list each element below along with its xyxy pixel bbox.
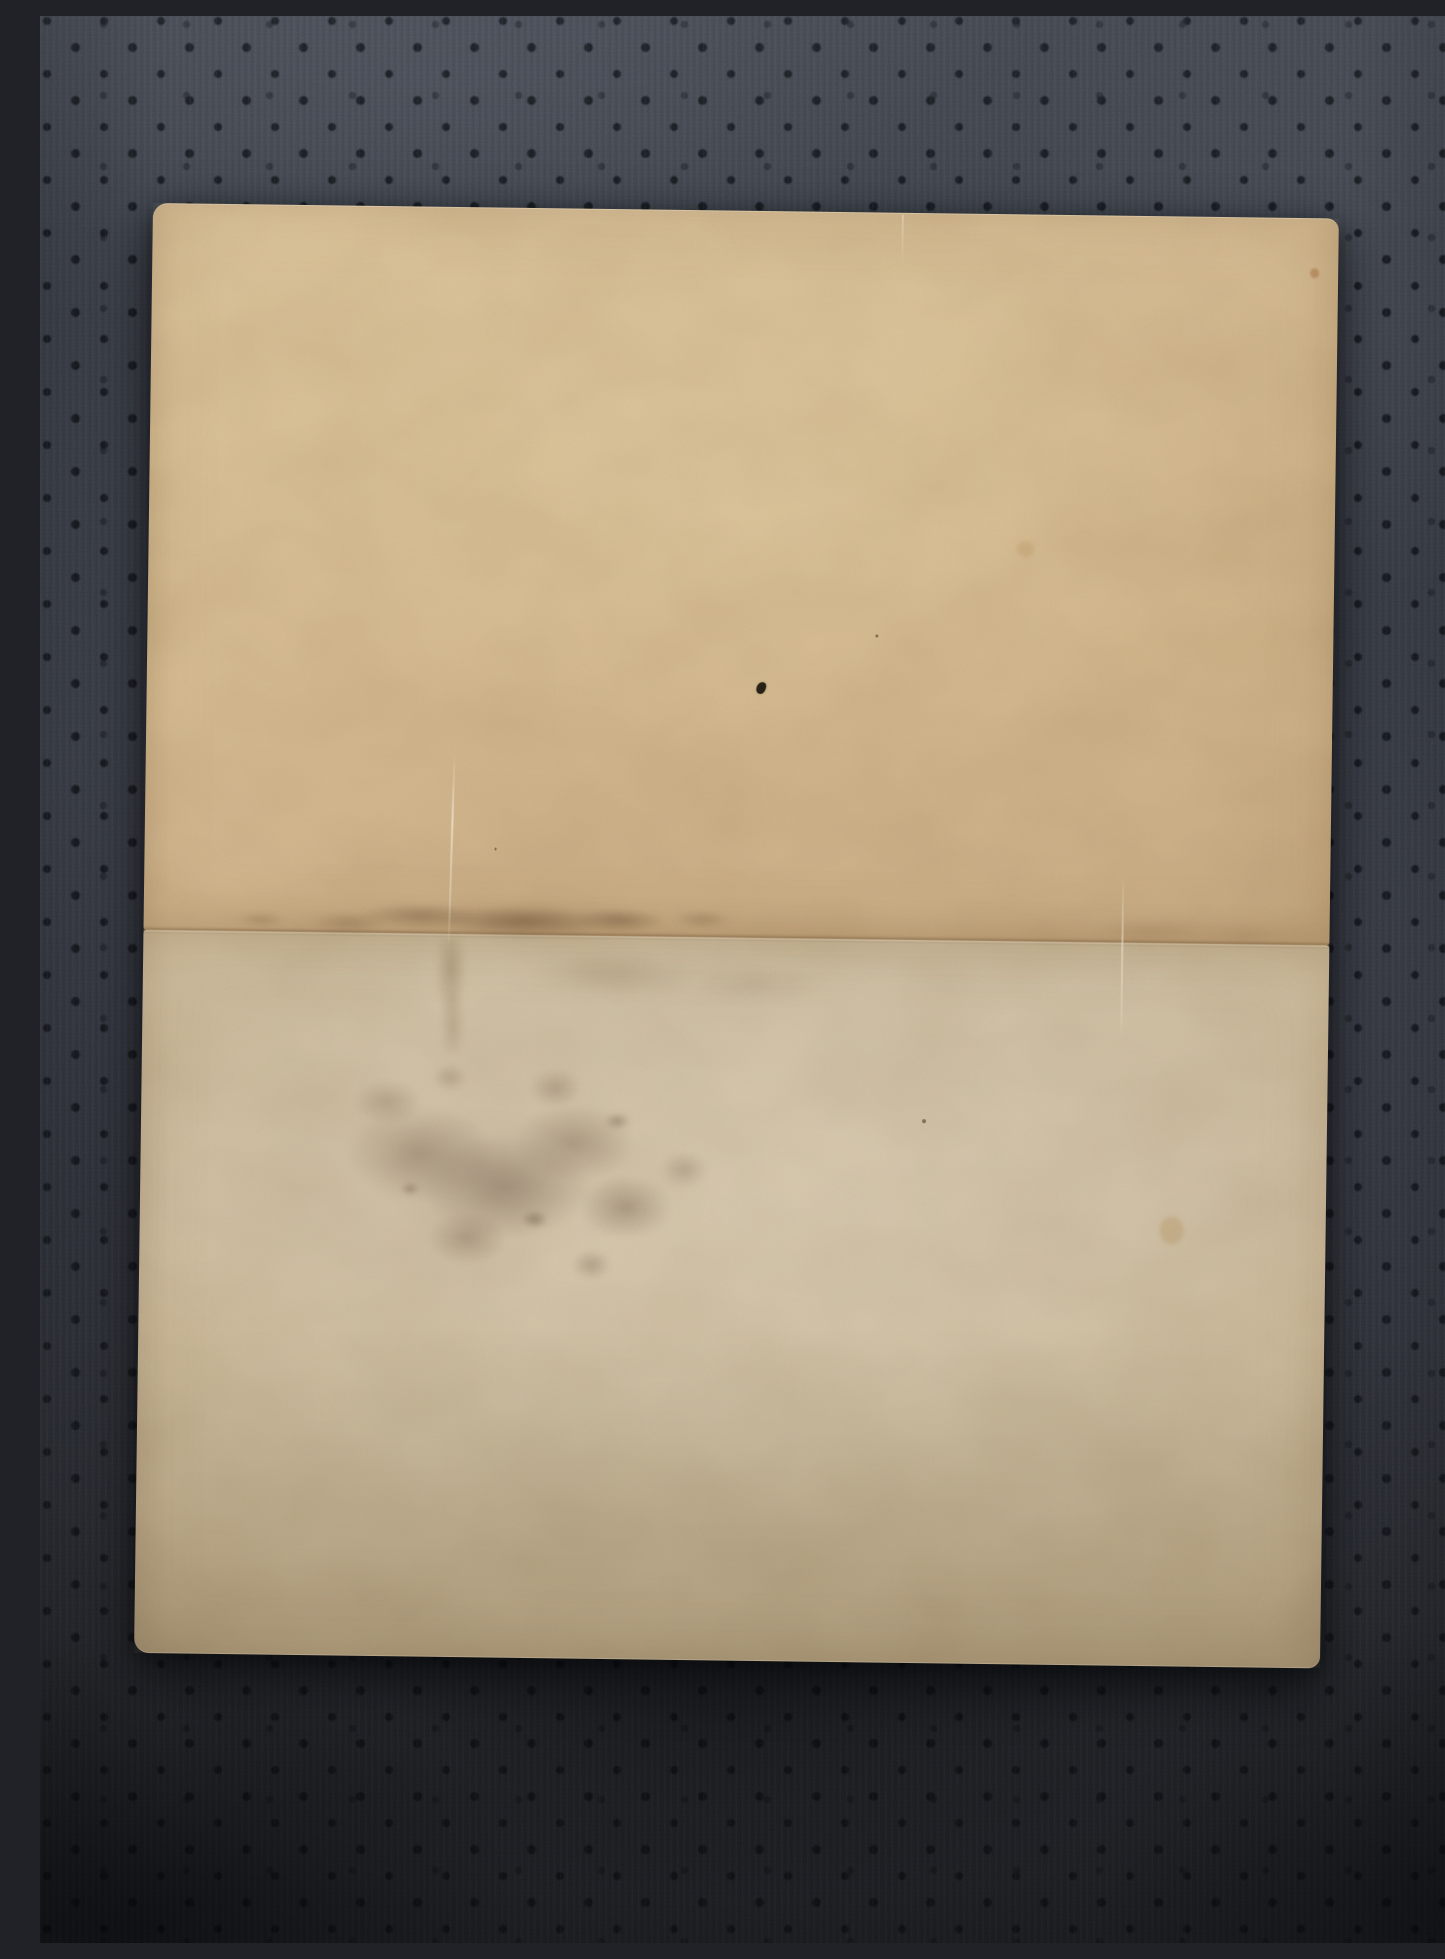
photo-of-folded-paper: Photograph of a blank folded sheet of ag… bbox=[40, 16, 1445, 1943]
paper-grain bbox=[134, 203, 1339, 1668]
folded-paper bbox=[134, 203, 1339, 1668]
paper-fiber-layer bbox=[134, 203, 1339, 1668]
